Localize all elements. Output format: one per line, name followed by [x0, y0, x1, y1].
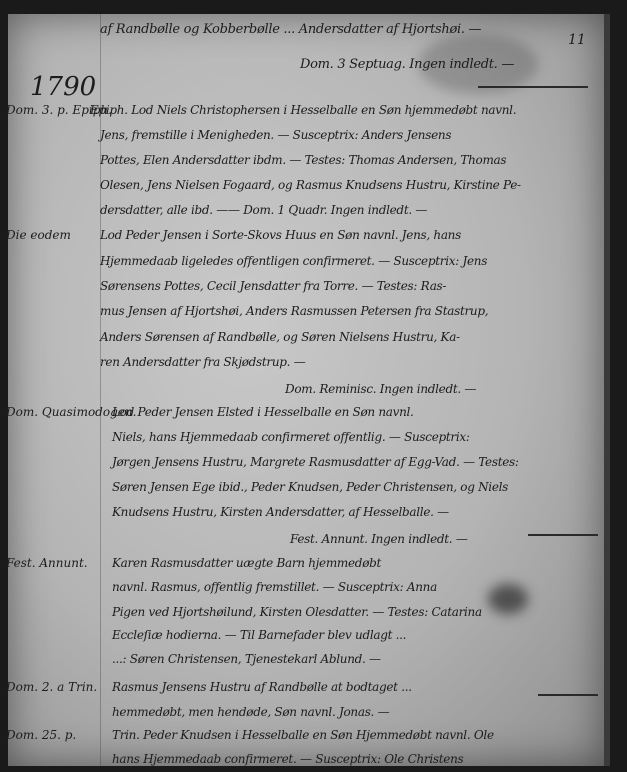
handwritten-line: Rasmus Jensens Hustru af Randbølle at bo…	[112, 680, 412, 694]
handwritten-line: Trin. Peder Knudsen i Hesselballe en Søn…	[112, 728, 494, 742]
margin-rule	[100, 14, 101, 766]
handwritten-line: Eccleſiæ hodierna. — Til Barnefader blev…	[112, 628, 406, 642]
handwritten-line: Epiph. Lod Niels Christophersen i Hessel…	[90, 103, 516, 117]
margin-date-note: Dom. 25. p.	[6, 728, 76, 742]
handwritten-line: ren Andersdatter fra Skjødstrup. —	[100, 355, 305, 369]
handwritten-line: Sørensens Pottes, Cecil Jensdatter fra T…	[100, 279, 446, 293]
register-page: 1790 11 af Randbølle og Kobberbølle ... …	[8, 14, 610, 766]
handwritten-line: navnl. Rasmus, offentlig fremstillet. — …	[112, 580, 437, 594]
year-heading: 1790	[30, 72, 96, 102]
handwritten-line: Jens, fremstille i Menigheden. — Suscept…	[100, 128, 451, 142]
separator	[528, 534, 598, 536]
margin-date-note: Die eodem	[6, 228, 71, 242]
page-number: 11	[568, 32, 586, 48]
handwritten-line: Søren Jensen Ege ibid., Peder Knudsen, P…	[112, 480, 508, 494]
handwritten-line: Pigen ved Hjortshøilund, Kirsten Olesdat…	[112, 605, 482, 619]
handwritten-line: Lod Peder Jensen Elsted i Hesselballe en…	[112, 405, 414, 419]
handwritten-line: mus Jensen af Hjortshøi, Anders Rasmusse…	[100, 304, 488, 318]
handwritten-line: Hjemmedaab ligeledes offentligen confirm…	[100, 254, 487, 268]
margin-date-note: Dom. 2. a Trin.	[6, 680, 97, 694]
handwritten-line: hemmedøbt, men hendøde, Søn navnl. Jonas…	[112, 705, 389, 719]
handwritten-line: Pottes, Elen Andersdatter ibdm. — Testes…	[100, 153, 506, 167]
ink-blot	[488, 584, 528, 614]
margin-date-note: Dom. 3. p. Epiph.	[6, 103, 112, 117]
handwritten-line: Dom. Reminisc. Ingen indledt. —	[285, 382, 476, 396]
handwritten-line: Olesen, Jens Nielsen Fogaard, og Rasmus …	[100, 178, 521, 192]
separator	[478, 86, 588, 88]
handwritten-line: ...: Søren Christensen, Tjenestekarl Abl…	[112, 652, 381, 666]
handwritten-line: dersdatter, alle ibd. —— Dom. 1 Quadr. I…	[100, 203, 427, 217]
handwritten-line: Jørgen Jensens Hustru, Margrete Rasmusda…	[112, 455, 519, 469]
handwritten-line: Anders Sørensen af Randbølle, og Søren N…	[100, 330, 460, 344]
separator	[538, 694, 598, 696]
handwritten-line: Dom. 3 Septuag. Ingen indledt. —	[300, 57, 514, 72]
handwritten-line: Niels, hans Hjemmedaab confirmeret offen…	[112, 430, 470, 444]
handwritten-line: Lod Peder Jensen i Sorte-Skovs Huus en S…	[100, 228, 461, 242]
margin-date-note: Dom. Quasimodogen.	[6, 405, 136, 419]
handwritten-line: Knudsens Hustru, Kirsten Andersdatter, a…	[112, 505, 449, 519]
handwritten-line: hans Hjemmedaab confirmeret. — Susceptri…	[112, 752, 463, 766]
margin-date-note: Fest. Annunt.	[6, 556, 88, 570]
handwritten-line: af Randbølle og Kobberbølle ... Andersda…	[100, 22, 481, 37]
handwritten-line: Karen Rasmusdatter uægte Barn hjemmedøbt	[112, 556, 381, 570]
handwritten-line: Fest. Annunt. Ingen indledt. —	[290, 532, 468, 546]
